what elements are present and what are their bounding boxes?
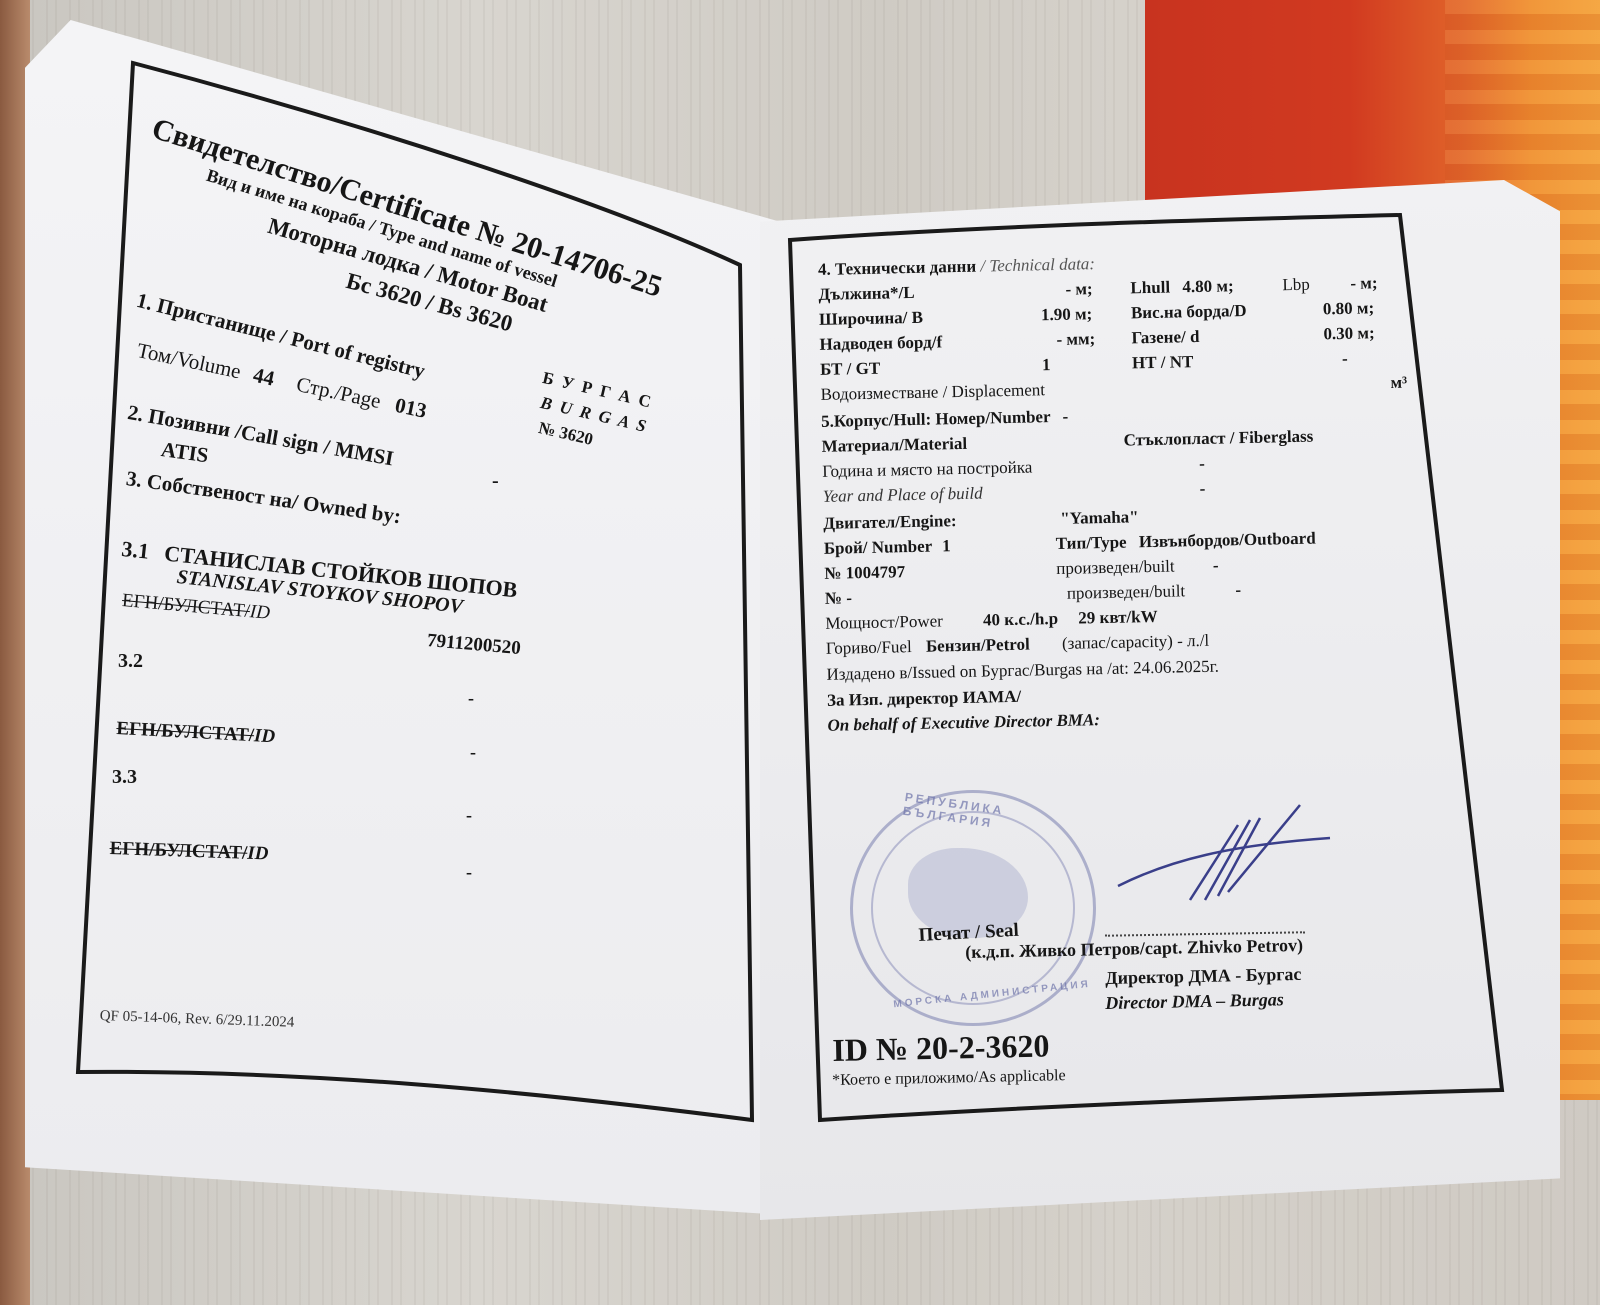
material-value: Стъклопласт / Fiberglass: [1123, 427, 1313, 451]
displacement-unit: м³: [1390, 373, 1407, 393]
lhull-value: 4.80 м;: [1182, 276, 1234, 297]
beam-value: 1.90 м;: [1041, 304, 1093, 325]
vessel-id-number: ID № 20-2-3620: [832, 1027, 1050, 1069]
built-2: произведен/built -: [1067, 580, 1242, 604]
freeboard-value: - мм;: [1056, 329, 1095, 350]
length-label: Дължина*/L: [818, 283, 915, 305]
depth-value: 0.80 м;: [1323, 298, 1375, 319]
signature: [1110, 800, 1370, 920]
on-behalf-bg: За Изп. директор ИАМА/: [827, 687, 1022, 711]
engine-label: Двигател/Engine:: [823, 511, 957, 534]
nt-value: -: [1342, 349, 1348, 369]
gt-value: 1: [1042, 355, 1051, 375]
year-place-value-2: -: [1199, 479, 1205, 499]
engine-count: Брой/ Number 1: [824, 536, 951, 559]
year-place-value-1: -: [1199, 454, 1205, 474]
right-page-border: [0, 0, 1600, 1305]
lbp-value: - м;: [1350, 273, 1378, 294]
official-seal-stamp: РЕПУБЛИКА БЪЛГАРИЯ МОРСКА АДМИНИСТРАЦИЯ: [850, 790, 1096, 1026]
gt-label: БТ / GT: [820, 359, 881, 380]
director-title-bg: Директор ДМА - Бургас: [1105, 964, 1302, 989]
built-1: произведен/built -: [1056, 556, 1219, 579]
director-title-en: Director DMA – Burgas: [1105, 989, 1284, 1014]
lbp-label: Lbp: [1282, 275, 1310, 296]
draught-value: 0.30 м;: [1323, 323, 1375, 344]
year-place-label-en: Year and Place of build: [823, 484, 983, 507]
length-value: - м;: [1065, 279, 1093, 300]
freeboard-label: Надводен борд/f: [819, 332, 942, 355]
beam-label: Широчина/ B: [819, 308, 923, 330]
engine-serial-1: № 1004797: [824, 562, 905, 584]
lhull-label: Lhull: [1130, 278, 1170, 299]
engine-value: "Yamaha": [1060, 507, 1139, 529]
engine-serial-2: № -: [825, 588, 852, 609]
material-label: Материал/Material: [821, 434, 967, 457]
depth-label: Вис.на борда/D: [1131, 301, 1247, 323]
nt-label: НТ / NT: [1132, 352, 1194, 373]
draught-label: Газене/ d: [1131, 327, 1199, 348]
